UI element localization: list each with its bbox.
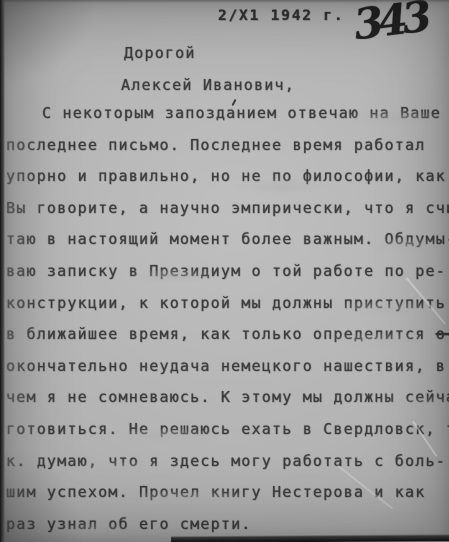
letter-line: чем я не сомневаюсь. К этому мы должны с… [6,382,449,414]
line-text: конструкции, к которой мы должны приступ… [6,294,446,312]
line-text: таю в настоящий момент более важным. Обд… [6,230,449,248]
scanned-letter-page: 2/X1 1942 г. 343 Дорогой Алексей Иванови… [0,0,449,542]
line-text: С некоторым запозданием отвечаю на Ваше [42,104,441,122]
struck-out-text: о- [436,325,449,343]
letter-line: упорно и правильно, но не по философии, … [6,161,449,193]
letter-line: ваю записку в Президиум о той работе по … [6,256,449,288]
letter-line: конструкции, к которой мы должны приступ… [6,288,449,320]
letter-line: таю в настоящий момент более важным. Обд… [6,224,449,256]
letter-line: последнее письмо. Последнее время работа… [6,130,449,162]
letter-line: окончательно неудача немецкого нашествия… [6,351,449,383]
line-text: чем я не сомневаюсь. К этому мы должны с… [6,388,449,406]
line-text: готовиться. Не решаюсь ехать в Свердловс… [6,420,449,438]
letter-line: в ближайшее время, как только определитс… [6,319,449,351]
salutation-line-1: Дорогой [124,44,196,62]
line-text: в ближайшее время, как только определитс… [6,325,436,343]
salutation-line-2: Алексей Иванович, [121,76,295,94]
scan-edge-top [0,0,449,3]
letter-line: Вы говорите, а научно эмпирически, что я… [6,193,449,225]
line-text: шим успехом. Прочел книгу Нестерова и ка… [6,483,425,501]
letter-line: шим успехом. Прочел книгу Нестерова и ка… [6,477,449,509]
line-text: ваю записку в Президиум о той работе по … [6,262,446,280]
line-text: раз узнал об его смерти. [6,515,252,533]
line-text: к. думаю, что я здесь могу работать с бо… [6,452,446,470]
letter-line: готовиться. Не решаюсь ехать в Свердловс… [6,414,449,446]
scan-edge-bottom [171,534,449,542]
letter-body: С некоторым запозданием отвечаю на Ваше … [6,98,449,540]
letter-date: 2/X1 1942 г. [218,8,344,24]
scan-edge-left [0,0,5,542]
line-text: окончательно неудача немецкого нашествия… [6,357,446,375]
letter-line: к. думаю, что я здесь могу работать с бо… [6,446,449,478]
handwritten-page-number: 343 [351,0,429,49]
line-text: последнее письмо. Последнее время работа… [6,136,425,154]
letter-line: С некоторым запозданием отвечаю на Ваше [6,98,449,130]
line-text: упорно и правильно, но не по философии, … [6,167,446,185]
line-text: Вы говорите, а научно эмпирически, что я… [6,199,449,217]
